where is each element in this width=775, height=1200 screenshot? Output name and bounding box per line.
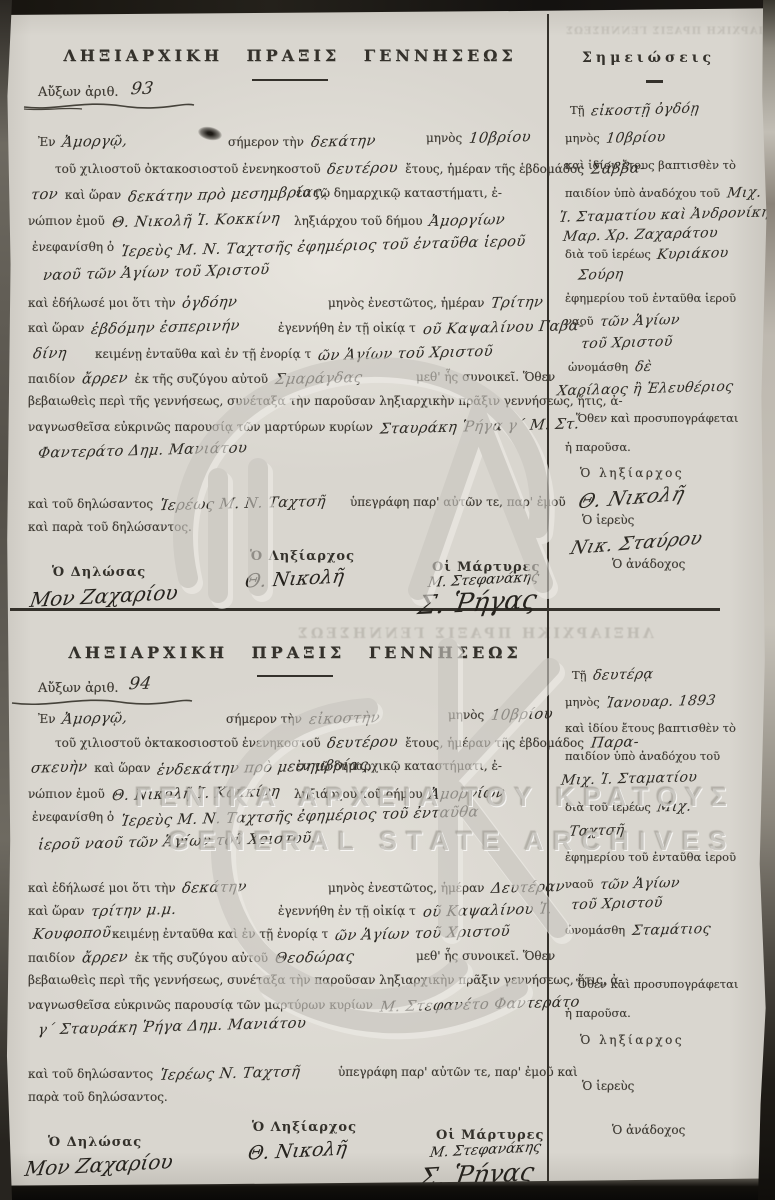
handwritten-number: 93	[130, 80, 155, 99]
act2-declarant-label: Ὁ Δηλώσας	[48, 1135, 142, 1150]
printed-form-text: ἐφημερίου τοῦ ἐνταῦθα ἱεροῦ	[565, 850, 736, 864]
printed-form-text: τοῦ χιλιοστοῦ ὀκτακοσιοστοῦ ἐνενηκοστοῦ	[55, 736, 321, 750]
printed-form-text: κειμένῃ ἐνταῦθα καὶ ἐν τῇ ἐνορίᾳ τ	[112, 927, 328, 941]
printed-form-text: ἐν τῷ δημαρχικῷ καταστήματι, ἐ-	[296, 186, 502, 200]
act2-line: μηνὸς ἐνεστῶτος, ἡμέραν Δευτέραν	[328, 880, 568, 896]
printed-form-text: Ὁ ἀνάδοχος	[612, 1123, 685, 1137]
notes2-row: παιδίον ὑπὸ ἀναδόχου τοῦ	[565, 750, 720, 763]
act1-line: τον καὶ ὥραν δεκάτην πρὸ μεσημβρίας,	[28, 187, 330, 203]
act1-title: ΛΗΞΙΑΡΧΙΚΗ ΠΡΑΞΙΣ ΓΕΝΝΗΣΕΩΣ	[60, 46, 520, 65]
printed-form-text: μεθ' ἧς συνοικεῖ. Ὅθεν	[416, 949, 555, 963]
notes1-row: Τῇ εἰκοστῇ ὀγδόῃ	[570, 103, 702, 118]
printed-form-text: καὶ ὥραν	[94, 761, 150, 775]
printed-form-text: σήμερον τὴν	[226, 712, 302, 726]
handwritten-entry: Ἰ. Σταματίου καὶ Ἀνδρονίκης	[558, 205, 775, 226]
notes2-row: τοῦ Χριστοῦ	[568, 897, 666, 912]
printed-form-text: καὶ ὥραν	[28, 321, 84, 335]
act2-registrar-label: Ὁ Ληξίαρχος	[252, 1120, 357, 1135]
printed-form-text: ἐγεννήθη ἐν τῇ οἰκίᾳ τ	[278, 904, 416, 918]
notes2-row: μηνὸς Ἰανουαρ. 1893	[565, 695, 719, 710]
handwritten-entry: Χαρίλαος ἢ Ἐλευθέριος	[556, 380, 734, 400]
printed-form-text: καὶ τοῦ δηλώσαντος	[28, 1067, 153, 1081]
printed-form-text: ὠνομάσθη	[565, 923, 625, 937]
act1-line: κειμένῃ ἐνταῦθα καὶ ἐν τῇ ἐνορίᾳ τ ῶν Ἁγ…	[95, 346, 496, 362]
printed-form-text: Ἐν	[38, 712, 56, 726]
printed-form-text: καὶ τοῦ δηλώσαντος	[28, 497, 153, 511]
printed-form-text: Τῇ	[570, 103, 585, 117]
handwritten-entry: 10βρίου	[468, 129, 532, 147]
printed-form-text: νώπιον ἐμοῦ	[28, 787, 105, 801]
act1-line: Ἐν Ἀμοργῷ,	[38, 134, 131, 150]
handwritten-entry: 10βρίου	[605, 130, 666, 147]
printed-form-text: Ὅθεν καὶ προσυπογράφεται	[576, 977, 738, 991]
printed-form-text: καὶ ἰδίου ἔτους βαπτισθὲν τὸ	[565, 721, 736, 735]
notes1-header: Σημειώσεις	[582, 50, 715, 66]
notes2-row: ὠνομάσθη Σταμάτιος	[565, 923, 714, 938]
act2-line: μηνὸς 10βρίου	[448, 707, 556, 723]
act1-line: βεβαιωθεὶς περὶ τῆς γεννήσεως, συνέταξα …	[28, 395, 623, 408]
printed-form-text: ἡ παροῦσα.	[565, 440, 631, 454]
notes2-godparent-label: Ὁ ἀνάδοχος	[612, 1124, 685, 1137]
act2-line: ληξιάρχου τοῦ δήμου Ἀμοργίων	[294, 786, 508, 802]
printed-form-text: ναοῦ	[565, 314, 594, 328]
printed-form-text: διὰ τοῦ ἱερέως	[565, 800, 651, 814]
handwritten-entry: Τρίτην	[490, 294, 544, 312]
handwritten-entry: Ἀμοργῷ,	[61, 133, 129, 151]
handwritten-entry: Σταμάτιος	[631, 922, 712, 940]
printed-form-text: Ὁ ληξίαρχος	[580, 466, 684, 480]
notes2-row: ἡ παροῦσα.	[565, 1007, 631, 1020]
printed-form-text: Τῇ	[572, 668, 587, 682]
handwritten-entry: δὲ	[634, 360, 653, 376]
act1-line: ἐγεννήθη ἐν τῇ οἰκίᾳ τ οῦ Καψαλίνου Γαβα…	[278, 320, 587, 336]
notes1-registrar-label: Ὁ ληξίαρχος	[580, 467, 684, 480]
handwritten-entry: δίνη	[32, 346, 68, 363]
act2-line: Ἐν Ἀμοργῷ,	[38, 711, 131, 727]
printed-form-text: ληξιάρχου τοῦ δήμου	[294, 787, 423, 801]
handwritten-entry: Σούρη	[577, 267, 625, 284]
printed-form-text: ναοῦ	[565, 877, 594, 891]
printed-form-text: παιδίον	[28, 951, 75, 965]
notes1-row: διὰ τοῦ ἱερέως Κυριάκου	[565, 247, 732, 262]
handwritten-entry: ἄρρεν	[81, 949, 129, 966]
printed-form-text: ἐφημερίου τοῦ ἐνταῦθα ἱεροῦ	[565, 291, 736, 305]
act2-line: ἐνεφανίσθη ὁ Ἱερεὺς Μ. Ν. Ταχτσῆς ἐφημέρ…	[32, 809, 482, 825]
handwritten-entry: Δευτέραν	[490, 879, 566, 897]
acts-divider-horizontal-rule	[10, 608, 720, 611]
act2-line: ἐν τῷ δημαρχικῷ καταστήματι, ἐ-	[296, 760, 502, 773]
handwritten-entry: ναοῦ τῶν Ἁγίων τοῦ Χριστοῦ	[42, 262, 271, 284]
printed-form-text: διὰ τοῦ ἱερέως	[565, 247, 651, 261]
handwritten-number: 94	[128, 675, 153, 694]
handwritten-entry: σκευὴν	[30, 759, 88, 777]
act1-line: μηνὸς 10βρίου	[426, 130, 534, 146]
handwritten-entry: Ταχτσῆ	[568, 823, 625, 840]
act2-line: ὑπεγράφη παρ' αὐτῶν τε, παρ' ἐμοῦ καὶ	[338, 1066, 578, 1079]
printed-form-text: καὶ ἐδήλωσέ μοι ὅτι τὴν	[28, 296, 176, 310]
printed-form-text: σήμερον τὴν	[228, 135, 304, 149]
act1-line: παιδίον ἄρρεν ἐκ τῆς συζύγου αὐτοῦ Σμαρά…	[28, 371, 365, 387]
notes2-row: ἐφημερίου τοῦ ἐνταῦθα ἱεροῦ	[565, 851, 736, 864]
notes1-row: τοῦ Χριστοῦ	[578, 336, 676, 351]
notes1-row: ἐφημερίου τοῦ ἐνταῦθα ἱεροῦ	[565, 292, 736, 305]
act1-line: σήμερον τὴν δεκάτην	[228, 134, 378, 150]
handwritten-entry: εἰκοστὴν	[308, 710, 381, 728]
printed-form-text: Ὁ ληξίαρχος	[580, 1033, 684, 1047]
act1-line: νώπιον ἐμοῦ Θ. Νικολῆ Ἰ. Κοκκίνη	[28, 213, 283, 229]
notes1-row: Ὅθεν καὶ προσυπογράφεται	[576, 412, 738, 425]
handwritten-entry: Θ. Νικολῆ Ἰ. Κοκκίνη	[111, 784, 281, 805]
handwritten-entry: ἑβδόμην ἑσπερινήν	[90, 318, 241, 338]
handwritten-entry: τρίτην μ.μ.	[90, 902, 178, 920]
printed-form-text: καὶ ὥραν	[28, 904, 84, 918]
handwritten-entry: τῶν Ἁγίων	[599, 876, 681, 894]
printed-form-text: καὶ ὥραν	[65, 188, 121, 202]
notes1-header-dash	[646, 80, 663, 83]
notes1-row: παιδίον ὑπὸ ἀναδόχου τοῦ Μιχ.	[565, 186, 764, 201]
handwritten-entry: Θ. Νικολῆ Ἰ. Κοκκίνη	[111, 211, 281, 232]
act2-line: καὶ ὥραν τρίτην μ.μ.	[28, 903, 180, 919]
printed-form-text: ἔτους, ἡμέραν τῆς ἑβδομάδος	[405, 736, 584, 750]
printed-form-text: ἐν τῷ δημαρχικῷ καταστήματι, ἐ-	[296, 759, 502, 773]
act2-line: καὶ ἐδήλωσέ μοι ὅτι τὴν δεκάτην	[28, 880, 250, 896]
printed-form-text: ἐνεφανίσθη ὁ	[32, 810, 114, 824]
printed-form-text: μεθ' ἧς συνοικεῖ. Ὅθεν	[416, 370, 555, 384]
act2-line: νώπιον ἐμοῦ Θ. Νικολῆ Ἰ. Κοκκίνη	[28, 786, 283, 802]
printed-form-text: Ὁ ἀνάδοχος	[612, 557, 685, 571]
printed-form-text: Ἐν	[38, 135, 56, 149]
act1-line: Φαντεράτο Δημ. Μανιάτου	[35, 443, 250, 459]
act1-line: ἐνεφανίσθη ὁ Ἱερεὺς Μ. Ν. Ταχτσῆς ἐφημέρ…	[32, 239, 529, 255]
printed-form-text: καὶ ἐδήλωσέ μοι ὅτι τὴν	[28, 881, 176, 895]
handwritten-entry: τῶν Ἁγίων	[599, 313, 681, 331]
handwritten-entry: Κυριάκου	[656, 246, 730, 263]
handwritten-entry: δευτέρου	[326, 734, 399, 752]
handwritten-entry: Ἱερέως Μ. Ν. Ταχτσῆ	[159, 494, 327, 514]
notes2-row: ναοῦ τῶν Ἁγίων	[565, 877, 683, 892]
notes1-row: Ἰ. Σταματίου καὶ Ἀνδρονίκης	[556, 208, 775, 223]
printed-form-text: ἡ παροῦσα.	[565, 1006, 631, 1020]
printed-form-text: ἐγεννήθη ἐν τῇ οἰκίᾳ τ	[278, 321, 416, 335]
handwritten-entry: Ἀμοργῷ,	[61, 710, 129, 728]
notes1-priest-label: Ὁ ἱερεὺς	[582, 514, 634, 527]
act1-line: καὶ παρὰ τοῦ δηλώσαντος.	[28, 521, 192, 534]
act2-line: τοῦ χιλιοστοῦ ὀκτακοσιοστοῦ ἐνενηκοστοῦ …	[55, 735, 642, 751]
act1-declarant-label: Ὁ Δηλώσας	[52, 565, 146, 580]
handwritten-entry: τοῦ Χριστοῦ	[570, 896, 664, 914]
printed-form-text: μηνὸς	[565, 695, 600, 709]
notes2-row: Μιχ. Ἰ. Σταματίου	[558, 772, 700, 787]
act2-line: σήμερον τὴν εἰκοστὴν	[226, 711, 383, 727]
notes2-row: Ὅθεν καὶ προσυπογράφεται	[576, 978, 738, 991]
printed-form-text: παιδίον ὑπὸ ἀναδόχου τοῦ	[565, 749, 720, 763]
notes2-priest-label: Ὁ ἱερεὺς	[582, 1080, 634, 1093]
notes1-row: Μαρ. Χρ. Ζαχαράτου	[560, 228, 721, 243]
printed-form-text: μηνὸς	[448, 708, 484, 722]
handwritten-entry: Φαντεράτο Δημ. Μανιάτου	[37, 440, 248, 462]
handwritten-entry: Ἀμοργίων	[428, 785, 506, 803]
notes2-registrar-label: Ὁ ληξίαρχος	[580, 1034, 684, 1047]
printed-form-text: μηνὸς	[426, 131, 462, 145]
printed-form-text: ὑπεγράφη παρ' αὐτῶν τε, παρ' ἐμοῦ καὶ	[338, 1065, 578, 1079]
notes1-row: Χαρίλαος ἢ Ἐλευθέριος	[554, 382, 736, 397]
printed-form-text: ἔτους, ἡμέραν τῆς ἑβδομάδος	[405, 162, 584, 176]
printed-form-text: μηνὸς ἐνεστῶτος, ἡμέραν	[328, 881, 484, 895]
notes1-row: ὠνομάσθη δὲ	[568, 360, 655, 375]
act1-number: 93	[128, 80, 156, 99]
handwritten-entry: δεκάτην	[310, 133, 377, 151]
act2-title-underline	[257, 675, 333, 677]
printed-form-text: τοῦ χιλιοστοῦ ὀκτακοσιοστοῦ ἐνενηκοστοῦ	[55, 162, 321, 176]
handwritten-entry: δευτέρου	[326, 160, 399, 178]
printed-form-text: ἐκ τῆς συζύγου αὐτοῦ	[135, 372, 268, 386]
act1-line: τοῦ χιλιοστοῦ ὀκτακοσιοστοῦ ἐνενηκοστοῦ …	[55, 161, 648, 177]
act1-line: ὑπεγράφη παρ' αὐτῶν τε, παρ' ἐμοῦ	[350, 496, 566, 509]
handwritten-entry: ὀγδόην	[181, 294, 238, 312]
act1-registrar-label: Ὁ Ληξίαρχος	[250, 549, 355, 564]
act2-line: ἱεροῦ ναοῦ τῶν Ἁγίων τοῦ Χριστοῦ.	[35, 834, 320, 850]
act2-line: παιδίον ἄρρεν ἐκ τῆς συζύγου αὐτοῦ Θεοδώ…	[28, 950, 357, 966]
notes1-godparent-label: Ὁ ἀνάδοχος	[612, 558, 685, 571]
handwritten-entry: Κουφοποῦ	[32, 925, 112, 943]
printed-form-text: Ὁ ἱερεὺς	[582, 513, 634, 527]
handwritten-entry: εἰκοστῇ ὀγδόῃ	[590, 102, 700, 120]
act2-line: ναγνωσθεῖσα εὐκρινῶς παρουσίᾳ τῶν μαρτύρ…	[28, 997, 583, 1013]
act2-line: παρὰ τοῦ δηλώσαντος.	[28, 1091, 168, 1104]
printed-form-text: Ὅθεν καὶ προσυπογράφεται	[576, 411, 738, 425]
scanned-registry-page: ΛΗΞΙΑΡΧΙΚΗ ΠΡΑΞΙΣ ΓΕΝΝΗΣΕΩΣ Αὔξων ἀριθ. …	[0, 0, 775, 1200]
handwritten-entry: δεκάτην	[181, 879, 248, 897]
act2-line: κειμένῃ ἐνταῦθα καὶ ἐν τῇ ἐνορίᾳ τ ῶν Ἁγ…	[112, 926, 513, 942]
handwritten-entry: τοῦ Χριστοῦ	[580, 335, 674, 353]
act2-number-flourish	[10, 694, 195, 708]
printed-form-text: ὠνομάσθη	[568, 360, 628, 374]
act2-line: βεβαιωθεὶς περὶ τῆς γεννήσεως, συνέταξα …	[28, 974, 623, 987]
handwritten-entry: ἄρρεν	[81, 370, 129, 387]
printed-form-text: καὶ παρὰ τοῦ δηλώσαντος.	[28, 520, 192, 534]
notes2-row: διὰ τοῦ ἱερέως Μιχ.	[565, 800, 695, 815]
printed-form-text: Ὁ ἱερεὺς	[582, 1079, 634, 1093]
act1-number-flourish	[22, 98, 197, 112]
bleedthrough-mirrored-title-top: ΛΗΞΙΑΡΧΙΚΗ ΠΡΑΞΙΣ ΓΕΝΝΗΣΕΩΣ	[565, 26, 775, 37]
printed-form-text: παιδίον	[28, 372, 75, 386]
act1-line: ναγνωσθεῖσα εὐκρινῶς παρουσίᾳ τῶν μαρτύρ…	[28, 419, 582, 435]
handwritten-entry: ῶν Ἁγίων τοῦ Χριστοῦ	[317, 344, 494, 365]
handwritten-entry: Μιχ. Ἰ. Σταματίου	[560, 770, 698, 789]
act2-line: γ΄ Σταυράκη Ῥήγα Δημ. Μανιάτου	[35, 1019, 309, 1035]
act1-title-underline	[252, 79, 328, 81]
notes1-row: ναοῦ τῶν Ἁγίων	[565, 314, 683, 329]
handwritten-entry: Θεοδώρας	[274, 949, 355, 967]
printed-form-text: βεβαιωθεὶς περὶ τῆς γεννήσεως, συνέταξα …	[28, 973, 623, 987]
act1-line: ληξιάρχου τοῦ δήμου Ἀμοργίων	[294, 213, 508, 229]
act2-line: μεθ' ἧς συνοικεῖ. Ὅθεν	[416, 950, 555, 963]
handwritten-entry: ῶν Ἁγίων τοῦ Χριστοῦ	[334, 924, 511, 945]
handwritten-entry: Μ. Στεφανέτο Φαντεράτο	[379, 994, 581, 1015]
notes1-row: καὶ ἰδίου ἔτους βαπτισθὲν τὸ	[565, 159, 736, 172]
handwritten-entry: τον	[30, 187, 59, 204]
handwritten-entry: Μαρ. Χρ. Ζαχαράτου	[562, 226, 719, 246]
act1-line: μηνὸς ἐνεστῶτος, ἡμέραν Τρίτην	[328, 295, 547, 311]
act1-line: καὶ ἐδήλωσέ μοι ὅτι τὴν ὀγδόην	[28, 295, 241, 311]
handwritten-entry: Σμαράγδας	[274, 370, 364, 388]
notes2-row: Ταχτσῆ	[566, 824, 627, 839]
handwritten-entry: 10βρίου	[490, 706, 554, 724]
printed-form-text: ναγνωσθεῖσα εὐκρινῶς παρουσίᾳ τῶν μαρτύρ…	[28, 420, 373, 434]
act2-line: ἐγεννήθη ἐν τῇ οἰκίᾳ τ οῦ Καψαλίνου Ἰ.	[278, 903, 555, 919]
printed-form-text: βεβαιωθεὶς περὶ τῆς γεννήσεως, συνέταξα …	[28, 394, 623, 408]
handwritten-entry: οῦ Καψαλίνου Ἰ.	[422, 901, 553, 921]
printed-form-text: ναγνωσθεῖσα εὐκρινῶς παρουσίᾳ τῶν μαρτύρ…	[28, 998, 373, 1012]
printed-form-text: καὶ ἰδίου ἔτους βαπτισθὲν τὸ	[565, 158, 736, 172]
handwritten-entry: δευτέρᾳ	[592, 667, 654, 684]
act2-line: Κουφοποῦ	[30, 926, 114, 942]
printed-form-text: παιδίον ὑπὸ ἀναδόχου τοῦ	[565, 186, 720, 200]
printed-form-text: παρὰ τοῦ δηλώσαντος.	[28, 1090, 168, 1104]
printed-form-text: ἐνεφανίσθη ὁ	[32, 240, 114, 254]
act1-line: ναοῦ τῶν Ἁγίων τοῦ Χριστοῦ	[40, 265, 273, 281]
printed-form-text: ὑπεγράφη παρ' αὐτῶν τε, παρ' ἐμοῦ	[350, 495, 566, 509]
handwritten-entry: οῦ Καψαλίνου Γαβα-	[422, 318, 585, 338]
printed-form-text: κειμένῃ ἐνταῦθα καὶ ἐν τῇ ἐνορίᾳ τ	[95, 347, 311, 361]
act1-line: μεθ' ἧς συνοικεῖ. Ὅθεν	[416, 371, 555, 384]
act2-title: ΛΗΞΙΑΡΧΙΚΗ ΠΡΑΞΙΣ ΓΕΝΝΗΣΕΩΣ	[65, 643, 525, 662]
notes1-row: ἡ παροῦσα.	[565, 441, 631, 454]
handwritten-entry: Σταυράκη Ῥήγα γ΄ Μ. Στ.	[379, 416, 581, 437]
act1-line: καὶ ὥραν ἑβδόμην ἑσπερινήν	[28, 320, 243, 336]
act2-line: καὶ τοῦ δηλώσαντος Ἱερέως Ν. Ταχτσῆ	[28, 1066, 303, 1082]
handwritten-entry: Μιχ.	[726, 186, 762, 202]
printed-form-text: μηνὸς ἐνεστῶτος, ἡμέραν	[328, 296, 484, 310]
notes2-row: καὶ ἰδίου ἔτους βαπτισθὲν τὸ	[565, 722, 736, 735]
handwritten-entry: Ἱερέως Ν. Ταχτσῆ	[159, 1064, 301, 1084]
act1-line: ἐν τῷ δημαρχικῷ καταστήματι, ἐ-	[296, 187, 502, 200]
printed-form-text: μηνὸς	[565, 131, 600, 145]
printed-form-text: νώπιον ἐμοῦ	[28, 214, 105, 228]
notes2-row: Τῇ δευτέρᾳ	[572, 668, 656, 683]
notes1-row: Σούρη	[575, 268, 627, 283]
printed-form-text: ληξιάρχου τοῦ δήμου	[294, 214, 423, 228]
notes1-row: μηνὸς 10βρίου	[565, 131, 669, 146]
act1-line: δίνη	[30, 346, 70, 362]
handwritten-entry: Ἰανουαρ. 1893	[605, 694, 717, 712]
printed-form-text: ἐκ τῆς συζύγου αὐτοῦ	[135, 951, 268, 965]
handwritten-entry: Ἀμοργίων	[428, 212, 506, 230]
act2-number: 94	[126, 675, 154, 694]
handwritten-entry: Μιχ.	[656, 800, 692, 816]
act1-line: καὶ τοῦ δηλώσαντος Ἱερέως Μ. Ν. Ταχτσῆ	[28, 496, 329, 512]
bleedthrough-mirrored-title: ΛΗΞΙΑΡΧΙΚΗ ΠΡΑΞΙΣ ΓΕΝΝΗΣΕΩΣ	[295, 626, 654, 642]
